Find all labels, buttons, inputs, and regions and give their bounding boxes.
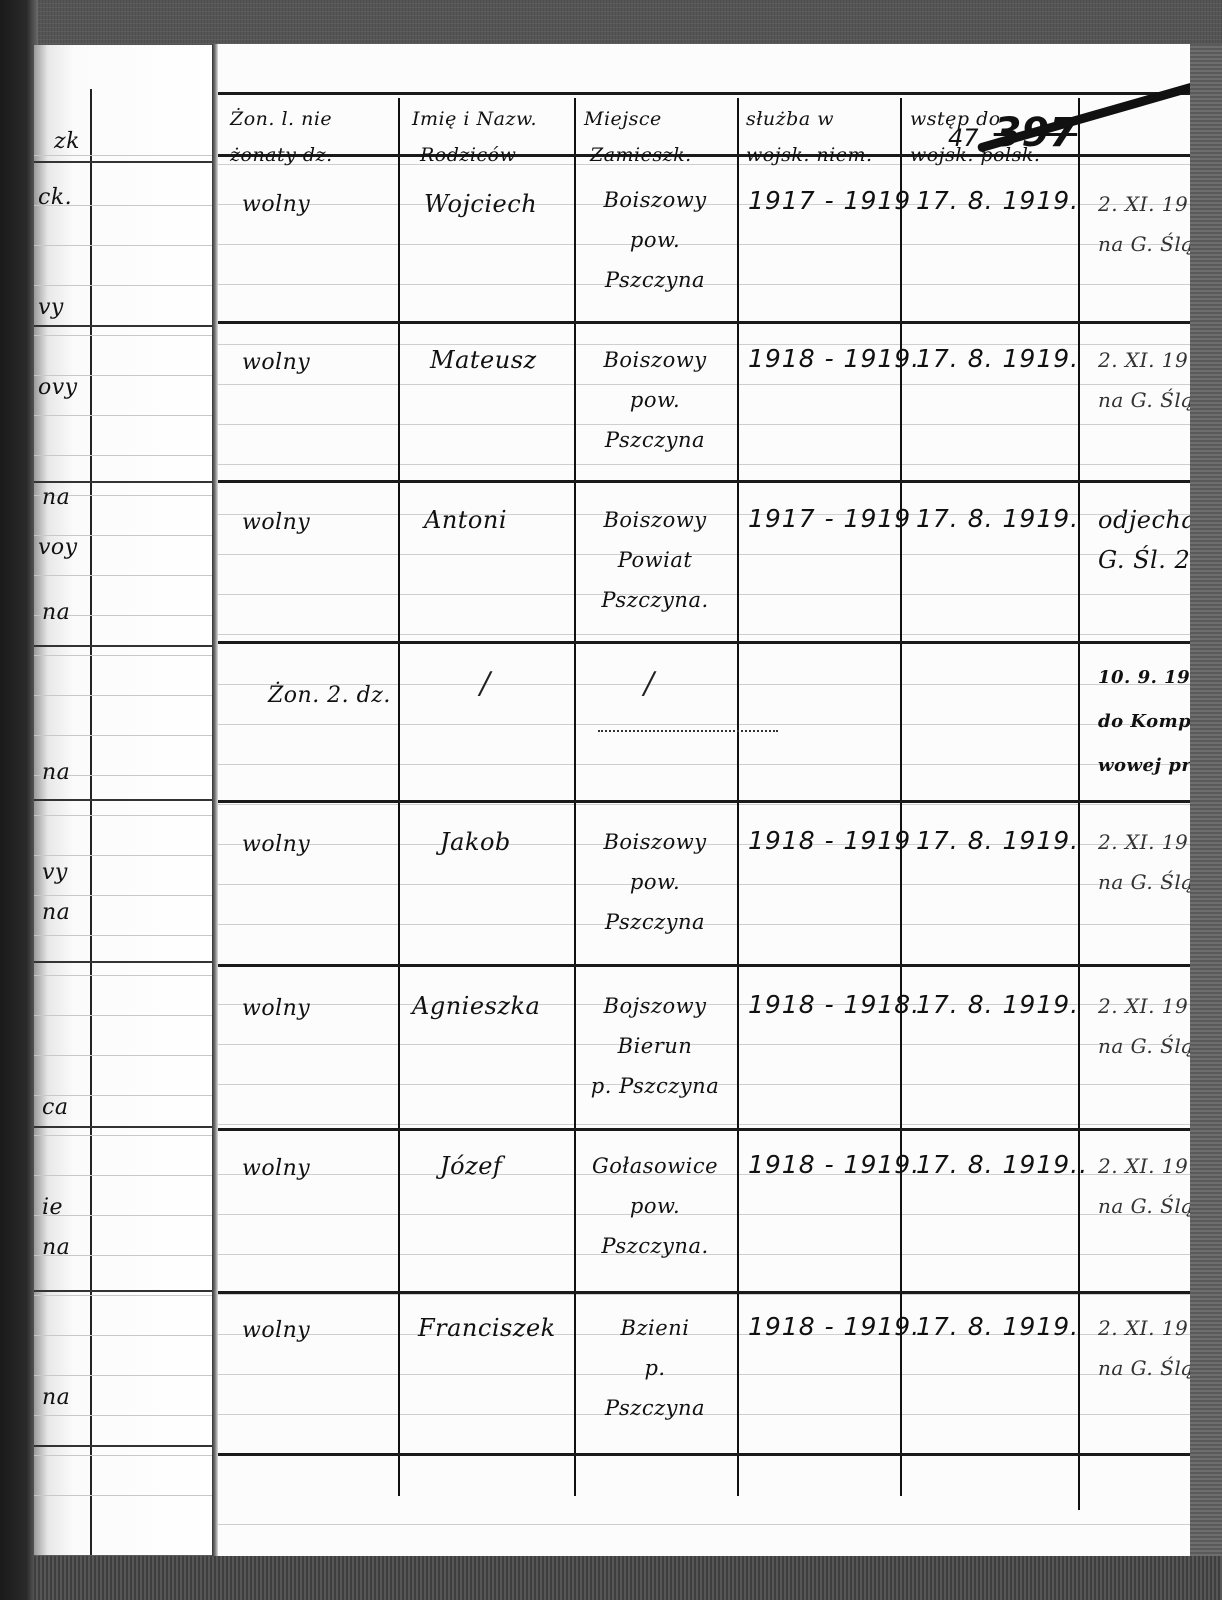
fragment-text: na: [42, 600, 70, 625]
row-6-parents: Agnieszka: [412, 992, 540, 1020]
row-7-german-service: 1918 - 1919.: [748, 1150, 920, 1179]
scan-bottom-edge: [34, 1556, 1222, 1600]
row-separator: [218, 1291, 1190, 1294]
header-marital-2: żonaty dz.: [230, 144, 333, 166]
row-1-marital: wolny: [242, 192, 310, 217]
row-separator: [218, 480, 1190, 483]
row-8-marital: wolny: [242, 1318, 310, 1343]
fragment-text: ovy: [38, 375, 78, 400]
row-8-polish-entry: 17. 8. 1919.: [916, 1312, 1079, 1341]
row-separator: [218, 641, 1190, 644]
fragment-text: na: [42, 1385, 70, 1410]
row-5-polish-entry: 17. 8. 1919.: [916, 826, 1079, 855]
fragment-text: vy: [38, 295, 64, 320]
column-divider: [900, 98, 902, 1496]
row-1-polish-entry: 17. 8. 1919.: [916, 186, 1079, 215]
column-divider: [737, 98, 739, 1496]
row-5-marital: wolny: [242, 832, 310, 857]
row-5-parents: Jakob: [440, 828, 511, 856]
row-6-marital: wolny: [242, 996, 310, 1021]
column-divider: [398, 98, 400, 1496]
header-marital-1: Żon. l. nie: [230, 108, 332, 130]
fragment-text: ca: [42, 1095, 68, 1120]
row-6-residence: BojszowyBierunp. Pszczyna: [580, 986, 730, 1106]
folio-number-small: 47: [948, 124, 979, 152]
row-2-marital: wolny: [242, 350, 310, 375]
fragment-text: ie: [42, 1195, 63, 1220]
header-residence-2: Zamieszk.: [590, 144, 692, 166]
row-4-parents-ditto: /: [480, 666, 490, 701]
row-separator: [218, 1128, 1190, 1131]
dotted-line: [598, 730, 778, 734]
row-2-residence: Boiszowypow.Pszczyna: [580, 340, 730, 460]
row-1-german-service: 1917 - 1919: [748, 186, 911, 215]
register-page: Żon. l. nie żonaty dz. Imię i Nazw. Rodz…: [218, 44, 1190, 1556]
header-residence-1: Miejsce: [584, 108, 662, 130]
row-8-german-service: 1918 - 1919.: [748, 1312, 920, 1341]
row-2-german-service: 1918 - 1919.: [748, 344, 920, 373]
row-6-polish-entry: 17. 8. 1919.: [916, 990, 1079, 1019]
row-3-polish-entry: 17. 8. 1919.: [916, 504, 1079, 533]
row-3-parents: Antoni: [424, 506, 507, 534]
row-separator: [218, 964, 1190, 967]
row-separator: [218, 800, 1190, 803]
row-2-parents: Mateusz: [430, 346, 537, 374]
fragment-text: na: [42, 485, 70, 510]
row-7-residence: Gołasowicepow.Pszczyna.: [580, 1146, 730, 1266]
binding-shadow: [0, 0, 38, 1600]
fragment-text: voy: [38, 535, 78, 560]
fragment-text: ck.: [38, 185, 72, 210]
row-8-parents: Franciszek: [418, 1314, 556, 1342]
row-separator: [218, 321, 1190, 324]
row-2-polish-entry: 17. 8. 1919.: [916, 344, 1079, 373]
row-8-residence: Bzienip.Pszczyna: [580, 1308, 730, 1428]
fragment-text: na: [42, 1235, 70, 1260]
row-1-parents: Wojciech: [424, 190, 537, 218]
row-1-residence: Boiszowypow.Pszczyna: [580, 180, 730, 300]
row-5-german-service: 1918 - 1919: [748, 826, 911, 855]
row-5-residence: Boiszowypow.Pszczyna: [580, 822, 730, 942]
header-parents-2: Rodziców: [420, 144, 516, 166]
fragment-text: na: [42, 760, 70, 785]
header-parents-1: Imię i Nazw.: [412, 108, 537, 130]
scan-right-edge: [1190, 44, 1222, 1574]
row-3-residence: BoiszowyPowiatPszczyna.: [580, 500, 730, 620]
row-6-german-service: 1918 - 1918.: [748, 990, 920, 1019]
row-7-parents: Józef: [440, 1152, 502, 1180]
row-7-marital: wolny: [242, 1156, 310, 1181]
row-4-residence-ditto: /: [644, 666, 654, 701]
row-separator: [218, 1453, 1190, 1456]
row-4-marital: Żon. 2. dz.: [268, 676, 391, 716]
row-7-polish-entry: 17. 8. 1919..: [916, 1150, 1088, 1179]
row-3-marital: wolny: [242, 510, 310, 535]
row-3-german-service: 1917 - 1919: [748, 504, 911, 533]
header-german-2: wojsk. niem.: [746, 144, 873, 166]
column-divider: [1078, 98, 1080, 1510]
fragment-text: vy: [42, 860, 68, 885]
fragment-text: na: [42, 900, 70, 925]
fragment-text: zk: [54, 129, 80, 154]
column-divider: [574, 98, 576, 1496]
table-top-border: [218, 92, 1190, 95]
left-page-fragment: zk ck. vy ovy na voy na na vy na ca ie n…: [34, 45, 214, 1555]
header-german-1: służba w: [746, 108, 834, 130]
